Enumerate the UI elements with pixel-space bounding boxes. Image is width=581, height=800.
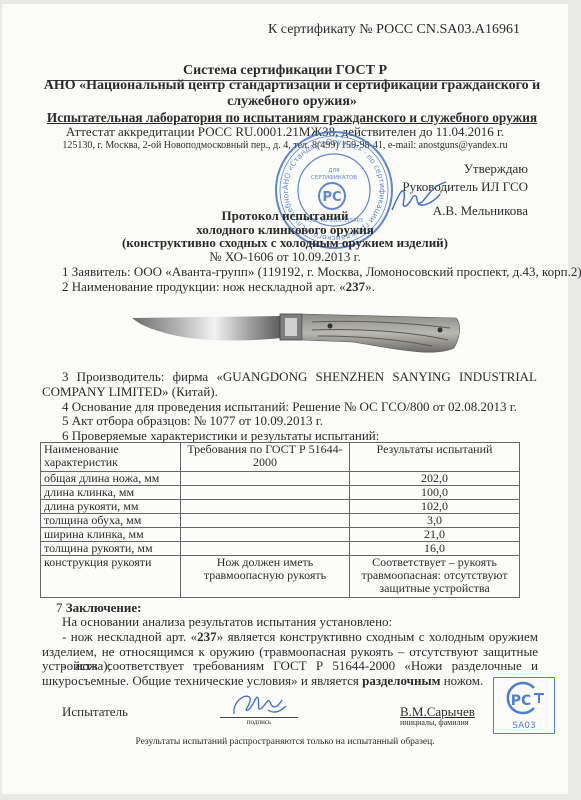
footnote: Результаты испытаний распространяются то… (2, 737, 568, 747)
table-row: толщина обуха, мм3,0 (41, 514, 520, 528)
table-cell: общая длина ножа, мм (41, 472, 181, 486)
table-cell: ширина клинка, мм (41, 528, 181, 542)
certificate-document: К сертификату № РОСС CN.SA03.A16961 Сист… (2, 4, 568, 794)
point2-bold: разделочным (362, 673, 440, 688)
applicant-line: 1 Заявитель: ООО «Аванта-групп» (119192,… (62, 265, 581, 280)
table-row: длина клинка, мм100,0 (41, 486, 520, 500)
table-row: толщина рукояти, мм16,0 (41, 542, 520, 556)
table-cell: 102,0 (350, 500, 520, 514)
column-header: Наименование характеристик (41, 443, 181, 472)
table-cell (181, 528, 350, 542)
point2-suffix: ножом. (440, 673, 483, 688)
sampling-act-line: 5 Акт отбора образцов: № 1077 от 10.09.2… (62, 414, 323, 429)
column-header: Результаты испытаний (350, 443, 520, 472)
table-cell: Соответствует – рукоять травмоопасная: о… (350, 556, 520, 598)
stamp-center-text-1: ДЛЯ (328, 168, 339, 174)
gost-code: SA03 (494, 721, 554, 731)
knife-photo-icon (132, 308, 462, 366)
table-cell: длина клинка, мм (41, 486, 181, 500)
point1-article: 237 (197, 629, 217, 644)
results-table: Наименование характеристикТребования по … (40, 442, 520, 598)
system-title: Система сертификации ГОСТ Р (2, 63, 568, 79)
protocol-heading: Протокол испытаний холодного клинкового … (2, 209, 568, 263)
table-cell: толщина обуха, мм (41, 514, 181, 528)
approve-label: Утверждаю (402, 160, 528, 178)
table-cell: 100,0 (350, 486, 520, 500)
table-row: общая длина ножа, мм202,0 (41, 472, 520, 486)
protocol-subtitle-2: (конструктивно сходных с холодным оружие… (122, 235, 448, 250)
protocol-number: № ХО-1606 от 10.09.2013 г. (2, 250, 568, 264)
table-cell: Нож должен иметь травмоопасную рукоять (181, 556, 350, 598)
certificate-reference: К сертификату № РОСС CN.SA03.A16961 (268, 22, 520, 38)
product-suffix: ». (365, 279, 375, 294)
table-cell: толщина рукояти, мм (41, 542, 181, 556)
table-row: ширина клинка, мм21,0 (41, 528, 520, 542)
gost-logo-text: PC (511, 693, 532, 709)
table-cell: длина рукояти, мм (41, 500, 181, 514)
signature-caption: подпись (220, 718, 298, 726)
table-row: длина рукояти, мм102,0 (41, 500, 520, 514)
table-cell: 21,0 (350, 528, 520, 542)
stamp-center-text-2: СЕРТИФИКАТОВ (311, 175, 357, 181)
gost-certification-mark: PC SA03 (493, 677, 555, 734)
conclusion-intro: На основании анализа результатов испытан… (62, 615, 392, 630)
table-cell: 16,0 (350, 542, 520, 556)
point1-prefix: - нож нескладной арт. « (62, 629, 197, 644)
manufacturer-line: 3 Производитель: фирма «GUANGDONG SHENZH… (42, 370, 537, 399)
organization-name: АНО «Национальный центр стандартизации и… (42, 78, 542, 110)
pc-logo-icon: PC (494, 678, 554, 718)
product-prefix: 2 Наименование продукции: нож нескладной… (62, 279, 346, 294)
table-cell: 202,0 (350, 472, 520, 486)
product-line: 2 Наименование продукции: нож нескладной… (62, 280, 375, 295)
tester-name-caption: инициалы, фамилия (400, 718, 468, 727)
table-cell (181, 486, 350, 500)
tester-label: Испытатель (62, 704, 128, 720)
table-cell (181, 472, 350, 486)
conclusion-number: 7 (56, 600, 66, 615)
table-header-row: Наименование характеристикТребования по … (41, 443, 520, 472)
table-cell: конструкция рукояти (41, 556, 181, 598)
conclusion-title: Заключение: (66, 600, 142, 615)
conclusion-point-2: - нож соответствует требованиям ГОСТ Р 5… (42, 659, 538, 688)
table-cell (181, 542, 350, 556)
stamp-logo: PC (322, 190, 341, 205)
tester-signature-icon (228, 688, 294, 720)
column-header: Требования по ГОСТ Р 51644-2000 (181, 443, 350, 472)
table-row: конструкция рукоятиНож должен иметь трав… (41, 556, 520, 598)
product-article: 237 (346, 279, 366, 294)
table-cell (181, 500, 350, 514)
table-cell (181, 514, 350, 528)
table-cell: 3,0 (350, 514, 520, 528)
